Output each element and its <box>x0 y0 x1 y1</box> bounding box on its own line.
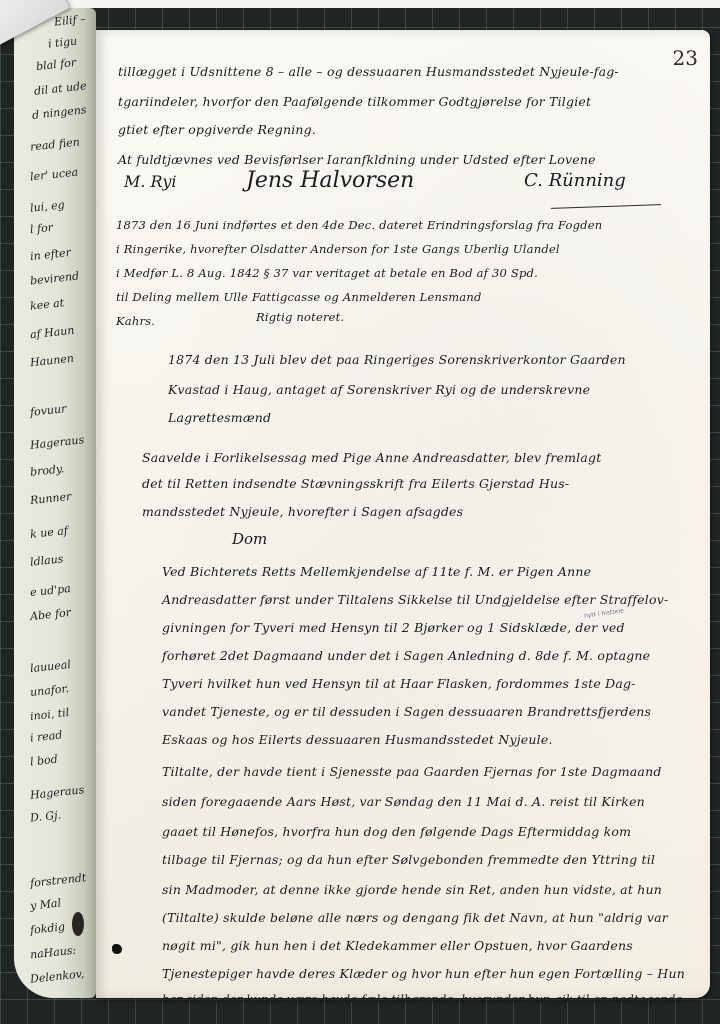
left-page-line: ler' ucea <box>29 166 78 184</box>
text-line: 1874 den 13 Juli blev det paa Ringeriges… <box>168 352 626 367</box>
left-page-line: inoi, til <box>29 706 69 723</box>
left-page-line: fovuur <box>29 402 67 419</box>
left-page-line: y Mal <box>29 896 61 912</box>
left-page-fragment: Eilif – i tigu blal for dil at ude d nin… <box>14 8 96 998</box>
text-line: Tyveri hvilket hun ved Hensyn til at Haa… <box>162 676 636 691</box>
text-line: At fuldtjævnes ved Bevisførlser Iaranfkl… <box>118 152 596 167</box>
text-line: Kvastad i Haug, antaget af Sorenskriver … <box>168 382 590 397</box>
text-line: siden foregaaende Aars Høst, var Søndag … <box>162 794 645 809</box>
left-page-line: af Haun <box>29 324 75 342</box>
binding-hole-icon <box>72 912 84 936</box>
left-page-line: bevirend <box>29 269 79 287</box>
left-page-line: forstrendt <box>29 871 86 890</box>
text-line: i Medfør L. 8 Aug. 1842 § 37 var veritag… <box>116 266 538 280</box>
text-line: tgariindeler, hvorfor den Paafølgende ti… <box>118 94 591 109</box>
left-page-line: l for <box>29 221 53 236</box>
text-line: gaaet til Hønefos, hvorfra hun dog den f… <box>162 824 631 839</box>
signature-jens-halvorsen: Jens Halvorsen <box>246 168 414 193</box>
left-page-line: brody. <box>29 462 64 479</box>
page-number: 23 <box>673 46 698 70</box>
left-page-line: i tigu <box>47 35 77 51</box>
text-line: forhøret 2det Dagmaand under det i Sagen… <box>162 648 650 663</box>
left-page-line: Hageraus <box>29 433 84 452</box>
left-page-line: read fien <box>29 135 80 153</box>
left-page-line: Abe for <box>29 606 71 623</box>
text-line: nøgit mi", gik hun hen i det Kledekammer… <box>162 938 633 953</box>
left-page-line: i read <box>29 728 63 744</box>
left-page-line: lauueal <box>29 658 71 675</box>
text-line: Ved Bichterets Retts Mellemkjendelse af … <box>162 564 591 579</box>
text-line-note: Rigtig noteret. <box>256 310 344 324</box>
left-page-line: naHaus: <box>29 944 76 962</box>
left-page-line: dil at ude <box>33 79 87 97</box>
left-page-line: ldlaus <box>29 552 64 568</box>
text-line: Tiltalte, der havde tient i Sjenesste pa… <box>162 764 662 779</box>
text-line: Andreasdatter først under Tiltalens Sikk… <box>162 592 668 607</box>
text-line: til Deling mellem Ulle Fattigcasse og An… <box>116 290 482 304</box>
left-page-line: blal for <box>35 56 76 73</box>
text-line: Saavelde i Forlikelsessag med Pige Anne … <box>142 450 601 465</box>
left-page-line: fokdig <box>29 920 65 937</box>
left-page-line: Delenkov, <box>29 967 84 986</box>
left-page-line: lui, eg <box>29 198 65 215</box>
text-line: mandsstedet Nyjeule, hvorefter i Sagen a… <box>142 504 463 519</box>
text-line: Eskaas og hos Eilerts dessuaaren Husmand… <box>162 732 553 747</box>
signature-prefix: M. Ryi <box>124 172 176 191</box>
section-heading-dom: Dom <box>232 530 267 548</box>
text-line: tillægget i Udsnittene 8 – alle – og des… <box>118 64 619 79</box>
top-margin-strip <box>0 0 720 8</box>
text-line: vandet Tjeneste, og er til dessuden i Sa… <box>162 704 651 719</box>
left-page-line: Hageraus <box>29 783 84 802</box>
text-line: 1873 den 16 Juni indførtes et den 4de De… <box>116 218 602 232</box>
left-page-line: Runner <box>29 490 71 507</box>
text-line: i Ringerike, hvorefter Olsdatter Anderso… <box>116 242 560 256</box>
left-page-line: unafor. <box>29 682 69 699</box>
text-line: har siden der kunde være havde fæle tilh… <box>162 992 683 1006</box>
text-line: (Tiltalte) skulde beløne alle nærs og de… <box>162 910 668 925</box>
signature-underline <box>551 204 661 209</box>
left-page-line: in efter <box>29 246 71 263</box>
text-line: Lagrettesmænd <box>168 410 271 425</box>
left-page-line: Haunen <box>29 352 74 370</box>
text-line: gtiet efter opgiverde Regning. <box>118 122 316 137</box>
left-page-line: kee at <box>29 296 64 313</box>
ink-blot-icon <box>112 944 122 954</box>
left-page-line: D. Gj. <box>29 808 61 824</box>
text-line: givningen for Tyveri med Hensyn til 2 Bj… <box>162 620 625 635</box>
signature-c-running: C. Rünning <box>524 170 626 191</box>
text-line: tilbage til Fjernas; og da hun efter Søl… <box>162 852 655 867</box>
left-page-line: k ue af <box>29 524 68 541</box>
left-page-line: d ningens <box>31 103 87 122</box>
text-line: det til Retten indsendte Stævningsskrift… <box>142 476 569 491</box>
left-page-line: Eilif – <box>53 12 86 28</box>
text-line: Tjenestepiger havde deres Klæder og hvor… <box>162 966 685 981</box>
left-page-line: l bod <box>29 753 58 769</box>
main-page: 23 tillægget i Udsnittene 8 – alle – og … <box>96 30 710 998</box>
left-page-line: e ud'pa <box>29 582 71 599</box>
text-line: Kahrs. <box>116 314 155 328</box>
margin-annotation: nytt i historie <box>584 607 625 619</box>
text-line: sin Madmoder, at denne ikke gjorde hende… <box>162 882 662 897</box>
